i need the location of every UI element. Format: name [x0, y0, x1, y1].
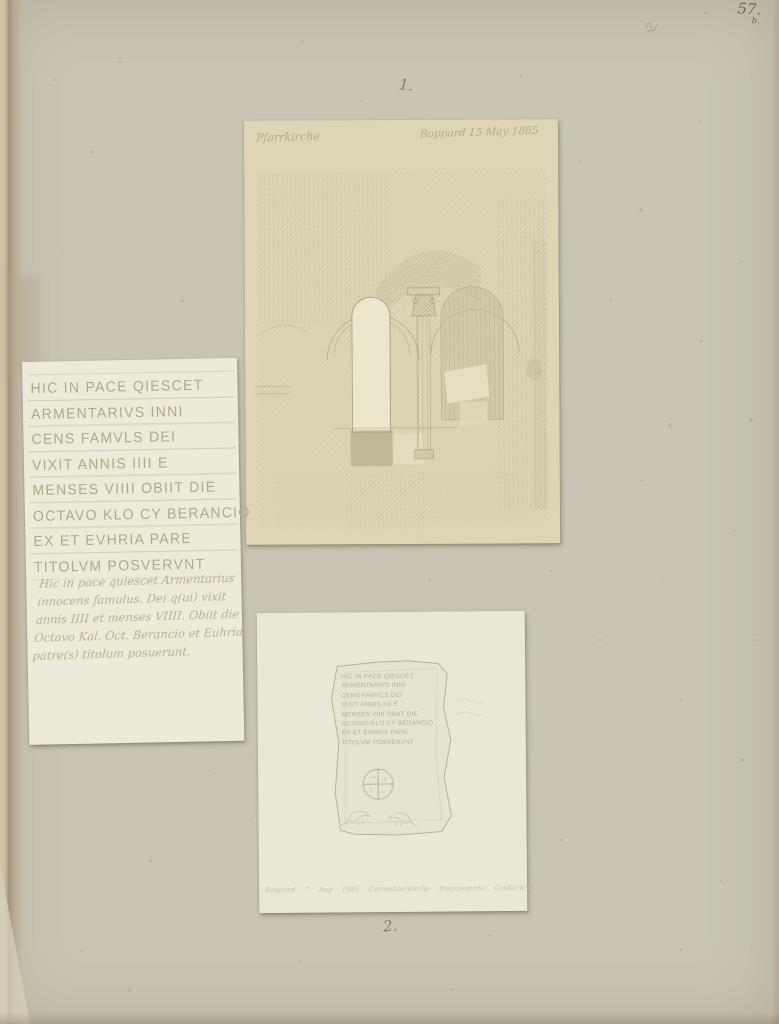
column-abacus: [408, 288, 440, 295]
inscription-capitals-block: HIC IN PACE QIESCET ARMENTARIVS INNI CEN…: [27, 371, 238, 579]
window-sill-hatch: [351, 430, 393, 466]
page-edge-shadow: [10, 276, 40, 370]
smudge: [526, 358, 542, 380]
column-capital: [412, 295, 436, 316]
pencil-scribble: [646, 23, 657, 32]
left-ledge-hatch: [255, 387, 289, 399]
folio-number-suffix: b.: [751, 14, 761, 28]
page-bottom-shadow: [0, 1012, 779, 1024]
faint-note-squiggle: [455, 699, 484, 716]
arch-sketch-sheet: Pfarrkirche Boppard 15 May 1885: [244, 119, 560, 545]
recess-step: [459, 402, 487, 426]
folio-number: 57. b.: [736, 1, 761, 28]
inscription-cursive-block: Hic in pace quiescet Armentarius innocen…: [32, 569, 242, 665]
page-right-edge: [772, 0, 779, 1024]
inscription-transcript-sheet: HIC IN PACE QIESCET ARMENTARIVS INNI CEN…: [22, 358, 244, 745]
tablet-inscription-block: HIC IN PACE QIESCET ARMENTARIVS INNI CEN…: [341, 672, 442, 748]
floor-hatch-vertical: [346, 470, 426, 530]
tablet-line: TITOLVM POSVERVNT: [342, 737, 442, 747]
tablet-line: OCTAVO KLO CY BERANCIO: [342, 719, 442, 729]
binding-gutter: [0, 0, 22, 1024]
tablet-sketch: [257, 611, 528, 913]
arch-window-sketch: [244, 119, 560, 545]
column-shaft: [417, 316, 431, 450]
column-base: [415, 450, 434, 459]
album-page: 57. b. 1. Pfarrkirche Boppard 15 May 188…: [0, 0, 779, 1024]
left-window-opening: [352, 297, 391, 432]
tablet-sketch-sheet: HIC IN PACE QIESCET ARMENTARIVS INNI CEN…: [257, 611, 528, 913]
item-2-label: 2.: [382, 916, 398, 935]
item-1-label: 1.: [398, 75, 414, 94]
